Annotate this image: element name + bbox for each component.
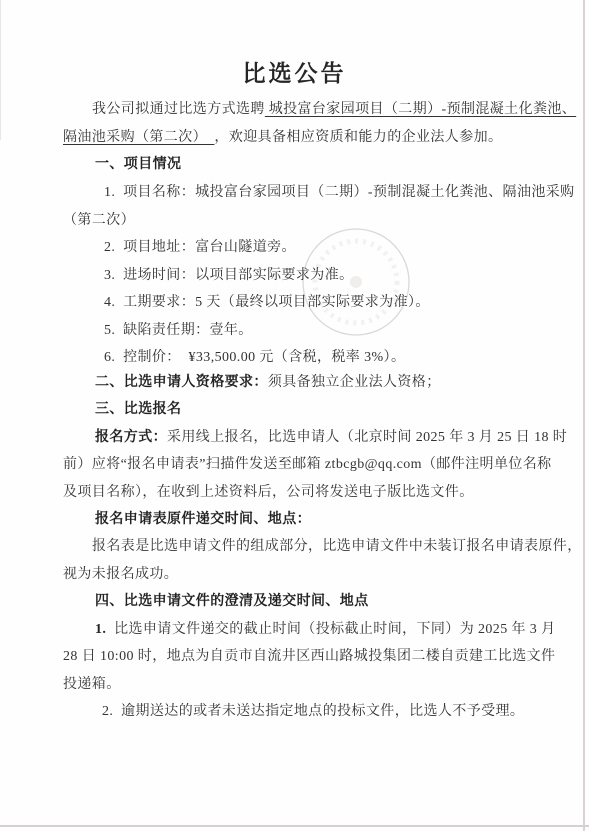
scan-edge-right: [583, 0, 585, 831]
section-1-heading: 一、项目情况: [95, 155, 181, 175]
registration-method-label: 报名方式：: [95, 430, 167, 445]
section-4-item-1-number: 1.: [95, 622, 106, 637]
scan-edge-left: [0, 0, 1, 140]
section-1-item-3: 3. 进场时间：以项目部实际要求为准。: [104, 266, 354, 286]
section-2-text: 须具备独立企业法人资格；: [268, 375, 441, 390]
section-1-item-6: 6. 控制价： ¥33,500.00 元（含税，税率 3%）。: [104, 348, 405, 368]
section-4-item-1-line-3: 投递箱。: [63, 675, 121, 695]
intro-lead: 我公司拟通过比选方式选聘: [92, 102, 265, 117]
scan-edge-bottom: [0, 825, 589, 827]
section-3-method-line-2: 前）应将“报名申请表”扫描件发送至邮箱 ztbcgb@qq.com（邮件注明单位…: [63, 455, 552, 475]
section-4-heading: 四、比选申请文件的澄清及递交时间、地点: [95, 592, 369, 612]
registration-method-text-1: 采用线上报名，比选申请人（北京时间 2025 年 3 月 25 日 18 时: [167, 430, 567, 445]
section-3-method-line-3: 及项目名称），在收到上述资料后，公司将发送电子版比选文件。: [63, 483, 474, 503]
section-3-method-line-1: 报名方式：采用线上报名，比选申请人（北京时间 2025 年 3 月 25 日 1…: [95, 428, 567, 448]
section-1-item-2: 2. 项目地址：富台山隧道旁。: [104, 238, 296, 258]
section-3-original-form-line-2: 视为未报名成功。: [63, 565, 178, 585]
section-2-heading-line: 二、比选申请人资格要求：须具备独立企业法人资格；: [95, 373, 441, 393]
intro-line-1: 我公司拟通过比选方式选聘 城投富台家园项目（二期）-预制混凝土化粪池、: [92, 100, 576, 120]
section-3-original-form-heading: 报名申请表原件递交时间、地点：: [95, 510, 311, 530]
scanned-announcement-page: 比选公告 我公司拟通过比选方式选聘 城投富台家园项目（二期）-预制混凝土化粪池、…: [0, 0, 589, 831]
section-3-original-form-line-1: 报名表是比选申请文件的组成部分，比选申请文件中未装订报名申请表原件，: [92, 537, 582, 557]
intro-line-2: 隔油池采购（第二次） ，欢迎具备相应资质和能力的企业法人参加。: [63, 128, 502, 148]
section-4-item-1-text: 比选申请文件递交的截止时间（投标截止时间，下同）为 2025 年 3 月: [106, 622, 555, 637]
intro-tail: ，欢迎具备相应资质和能力的企业法人参加。: [214, 130, 502, 145]
section-4-item-1-line-1: 1. 比选申请文件递交的截止时间（投标截止时间，下同）为 2025 年 3 月: [95, 620, 556, 640]
section-4-item-2: 2. 逾期送达的或者未送达指定地点的投标文件，比选人不予受理。: [102, 702, 524, 722]
section-2-heading: 二、比选申请人资格要求：: [95, 375, 268, 390]
section-1-item-1-line-1: 1. 项目名称：城投富台家园项目（二期）-预制混凝土化粪池、隔油池采购: [104, 183, 575, 203]
document-title: 比选公告: [0, 55, 589, 88]
intro-project-underlined-2: 隔油池采购（第二次）: [63, 130, 214, 145]
section-3-heading: 三、比选报名: [95, 400, 181, 420]
intro-project-underlined-1: 城投富台家园项目（二期）-预制混凝土化粪池、: [265, 102, 576, 117]
section-1-item-4: 4. 工期要求：5 天（最终以项目部实际要求为准）。: [104, 293, 430, 313]
section-1-item-1-line-2: （第二次）: [63, 211, 135, 231]
section-1-item-5: 5. 缺陷责任期：壹年。: [104, 321, 253, 341]
section-4-item-1-line-2: 28 日 10:00 时，地点为自贡市自流井区西山路城投集团二楼自贡建工比选文件: [63, 647, 555, 667]
